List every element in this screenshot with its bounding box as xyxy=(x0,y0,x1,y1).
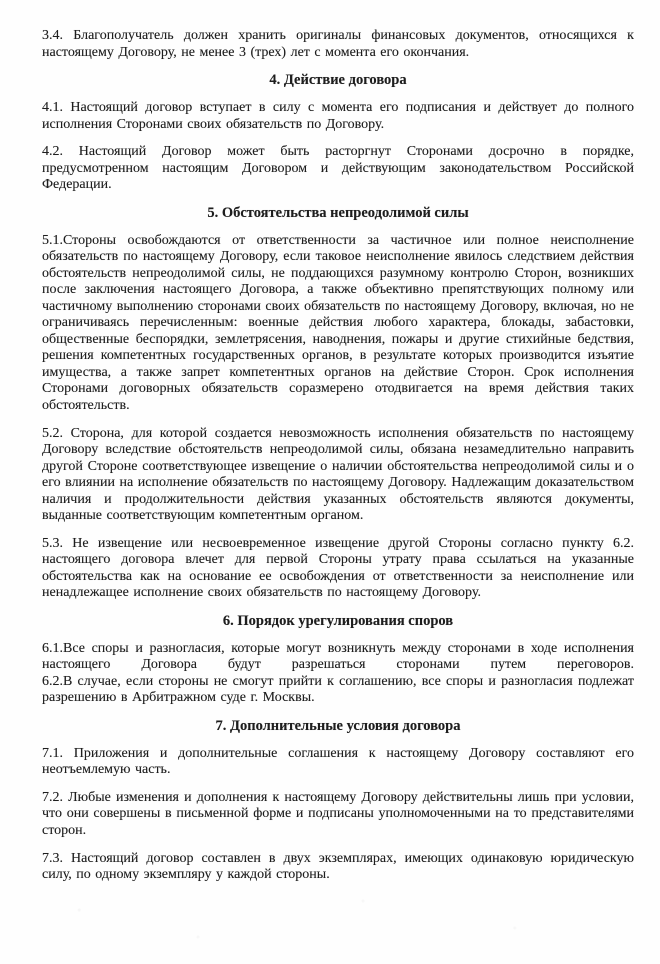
section-heading-4: 4. Действие договора xyxy=(42,72,634,89)
clause-7-3: 7.3. Настоящий договор составлен в двух … xyxy=(42,851,634,884)
clause-6-2: 6.2.В случае, если стороны не смогут при… xyxy=(42,674,634,707)
clause-4-1: 4.1. Настоящий договор вступает в силу с… xyxy=(42,100,634,133)
section-heading-6: 6. Порядок урегулирования споров xyxy=(42,613,634,630)
clause-5-2: 5.2. Сторона, для которой создается нево… xyxy=(42,426,634,525)
section-heading-5: 5. Обстоятельства непреодолимой силы xyxy=(42,205,634,222)
clause-3-4: 3.4. Благополучатель должен хранить ориг… xyxy=(42,28,634,61)
document-page: 3.4. Благополучатель должен хранить ориг… xyxy=(0,0,660,964)
clause-7-1: 7.1. Приложения и дополнительные соглаше… xyxy=(42,746,634,779)
clause-7-2: 7.2. Любые изменения и дополнения к наст… xyxy=(42,790,634,840)
clause-5-1: 5.1.Стороны освобождаются от ответственн… xyxy=(42,233,634,415)
clause-4-2: 4.2. Настоящий Договор может быть растор… xyxy=(42,144,634,194)
scan-noise-texture xyxy=(0,874,660,964)
section-heading-7: 7. Дополнительные условия договора xyxy=(42,718,634,735)
clause-6-1: 6.1.Все споры и разногласия, которые мог… xyxy=(42,641,634,674)
clause-5-3: 5.3. Не извещение или несвоевременное из… xyxy=(42,536,634,602)
